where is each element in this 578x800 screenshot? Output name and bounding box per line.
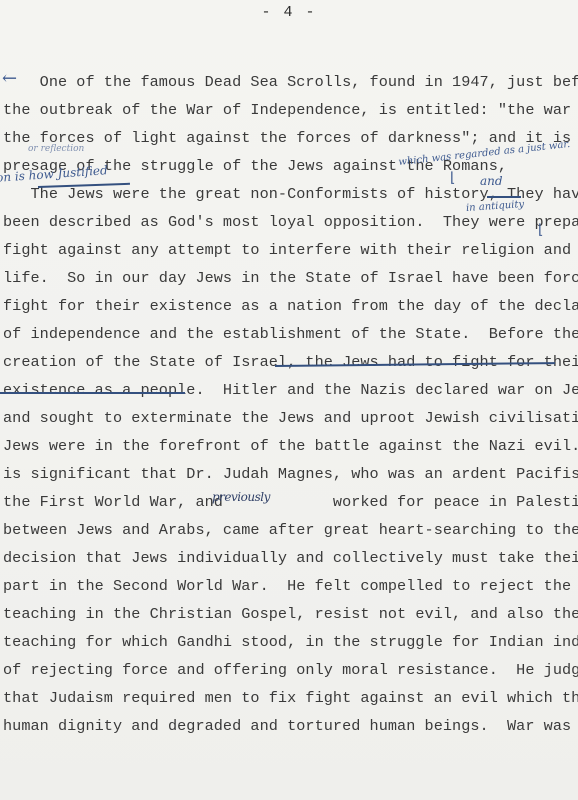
typed-line-16: the First World War, and worked for peac… (3, 493, 578, 511)
typed-line-17: between Jews and Arabs, came after great… (3, 521, 578, 539)
insertion-caret-icon: ⌊ (450, 170, 455, 187)
typed-line-3: the forces of light against the forces o… (3, 129, 578, 147)
insertion-caret-icon: ⌊ (538, 222, 543, 239)
typed-line-14: Jews were in the forefront of the battle… (3, 437, 578, 455)
typed-line-22: of rejecting force and offering only mor… (3, 661, 578, 679)
typed-line-6: been described as God's most loyal oppos… (3, 213, 578, 231)
strike-line (0, 392, 185, 394)
typed-line-12: existence as a people. Hitler and the Na… (3, 381, 578, 399)
typed-line-15: is significant that Dr. Judah Magnes, wh… (3, 465, 578, 483)
typed-line-23: that Judaism required men to fix fight a… (3, 689, 578, 707)
typed-line-10: of independence and the establishment of… (3, 325, 578, 343)
page-number: - 4 - (0, 4, 578, 21)
paragraph-arrow-icon: ← (2, 68, 17, 89)
typed-line-2: the outbreak of the War of Independence,… (3, 101, 578, 119)
typed-line-9: fight for their existence as a nation fr… (3, 297, 578, 315)
typescript-page: - 4 - One of the famous Dead Sea Scrolls… (0, 0, 578, 800)
annotation-above-presage: or reflection (28, 144, 84, 154)
strike-line (487, 196, 521, 198)
typed-line-24: human dignity and degraded and tortured … (3, 717, 571, 735)
annotation-overwritten-word: previously (212, 490, 270, 504)
typed-line-7: fight against any attempt to interfere w… (3, 241, 578, 259)
typed-line-1: One of the famous Dead Sea Scrolls, foun… (3, 73, 578, 91)
typed-line-18: decision that Jews individually and coll… (3, 549, 578, 567)
typed-line-13: and sought to exterminate the Jews and u… (3, 409, 578, 427)
annotation-and: and (480, 174, 503, 188)
typed-line-21: teaching for which Gandhi stood, in the … (3, 633, 578, 651)
typed-line-8: life. So in our day Jews in the State of… (3, 269, 578, 287)
typed-line-20: teaching in the Christian Gospel, resist… (3, 605, 578, 623)
typed-line-19: part in the Second World War. He felt co… (3, 577, 571, 595)
